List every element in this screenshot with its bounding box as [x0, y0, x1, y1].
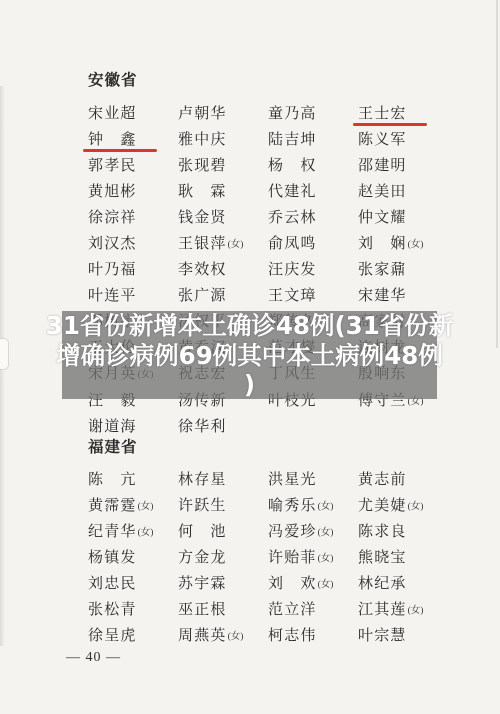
- person-cell: 陈义军: [358, 128, 407, 149]
- person-name: 宋业超: [88, 106, 137, 122]
- person-cell: 王士宏: [358, 102, 407, 123]
- person-name: 叶宗慧: [358, 628, 407, 644]
- person-name: 陈义军: [358, 132, 407, 148]
- female-marker: (女): [408, 240, 424, 250]
- person-cell: 刘汉杰: [88, 232, 178, 253]
- person-cell: 宋业超: [88, 102, 178, 123]
- table-row: 叶连平张广源王文璋宋建华: [88, 282, 460, 308]
- person-cell: 杨 权: [268, 154, 358, 175]
- person-name: 刘 娴: [358, 236, 407, 252]
- person-name: 童乃高: [268, 106, 317, 122]
- person-cell: 许贻菲(女): [268, 546, 358, 567]
- person-cell: 徐华利: [178, 415, 227, 436]
- person-cell: 俞凤鸣: [268, 232, 358, 253]
- person-name: 叶连平: [88, 288, 137, 304]
- person-cell: 仲文耀: [358, 206, 407, 227]
- news-headline-overlay: 31省份新增本土确诊48例(31省份新 增确诊病例69例其中本土病例48例 ): [62, 311, 437, 399]
- person-name: 林纪承: [358, 576, 407, 592]
- female-marker: (女): [318, 554, 334, 564]
- table-row: 黄旭彬耿 霖代建礼赵美田: [88, 177, 460, 203]
- person-name: 陈 亢: [88, 472, 137, 488]
- person-name: 徐呈虎: [88, 628, 137, 644]
- person-cell: 赵美田: [358, 180, 407, 201]
- table-row: 谢道海徐华利: [88, 412, 460, 438]
- person-cell: 王文璋: [268, 284, 358, 305]
- person-cell: 洪星光: [268, 468, 358, 489]
- person-name: 刘汉杰: [88, 236, 137, 252]
- person-name: 汪庆发: [268, 262, 317, 278]
- person-cell: 谢道海: [88, 415, 178, 436]
- table-row: 张松青巫正根范立洋江其莲(女): [88, 595, 460, 621]
- person-cell: 邵建明: [358, 154, 407, 175]
- person-name: 杨 权: [268, 158, 317, 174]
- person-name: 江其莲: [358, 602, 407, 618]
- province-section-fujian: 福建省 陈 亢林存星洪星光黄志前黄霈霆(女)许跃生喻秀乐(女)尤美婕(女)纪青华…: [88, 437, 460, 648]
- page-edge-notch: [0, 338, 9, 370]
- person-name: 张松青: [88, 602, 137, 618]
- document-page: 安徽省 宋业超卢朝华童乃高王士宏钟 鑫雅中庆陆吉坤陈义军郭孝民张现碧杨 权邵建明…: [0, 0, 500, 714]
- headline-line-2: 增确诊病例69例其中本土病例48例: [56, 341, 443, 371]
- person-cell: 熊晓宝: [358, 546, 407, 567]
- person-name: 仲文耀: [358, 210, 407, 226]
- table-row: 纪青华(女)何 池冯爱珍(女)陈求良: [88, 517, 460, 543]
- person-name: 徐华利: [178, 419, 227, 435]
- person-name: 陈求良: [358, 524, 407, 540]
- headline-line-3: ): [244, 370, 255, 400]
- person-name: 郭孝民: [88, 158, 137, 174]
- person-cell: 耿 霖: [178, 180, 268, 201]
- person-cell: 代建礼: [268, 180, 358, 201]
- page-number: — 40 —: [66, 650, 121, 666]
- person-name: 苏宇霖: [178, 576, 227, 592]
- person-cell: 钱金贤: [178, 206, 268, 227]
- person-name: 范立洋: [268, 602, 317, 618]
- person-cell: 郭孝民: [88, 154, 178, 175]
- person-name: 林存星: [178, 472, 227, 488]
- person-cell: 江其莲(女): [358, 598, 423, 619]
- person-cell: 黄志前: [358, 468, 407, 489]
- person-name: 钱金贤: [178, 210, 227, 226]
- person-name: 巫正根: [178, 602, 227, 618]
- person-cell: 纪青华(女): [88, 520, 178, 541]
- person-name: 冯爱珍: [268, 524, 317, 540]
- person-cell: 叶宗慧: [358, 624, 407, 645]
- person-cell: 叶乃福: [88, 258, 178, 279]
- person-name: 谢道海: [88, 419, 137, 435]
- person-name: 王文璋: [268, 288, 317, 304]
- person-name: 黄志前: [358, 472, 407, 488]
- person-cell: 黄旭彬: [88, 180, 178, 201]
- person-cell: 许跃生: [178, 494, 268, 515]
- female-marker: (女): [228, 632, 244, 642]
- person-cell: 陈 亢: [88, 468, 178, 489]
- person-cell: 冯爱珍(女): [268, 520, 358, 541]
- table-row: 钟 鑫雅中庆陆吉坤陈义军: [88, 125, 460, 151]
- table-row: 黄霈霆(女)许跃生喻秀乐(女)尤美婕(女): [88, 491, 460, 517]
- person-cell: 张广源: [178, 284, 268, 305]
- female-marker: (女): [318, 502, 334, 512]
- person-cell: 尤美婕(女): [358, 494, 423, 515]
- female-marker: (女): [318, 528, 334, 538]
- page-edge-line: [496, 0, 498, 348]
- person-name: 张家鼐: [358, 262, 407, 278]
- person-cell: 雅中庆: [178, 128, 268, 149]
- person-cell: 钟 鑫: [88, 128, 178, 149]
- person-name: 洪星光: [268, 472, 317, 488]
- person-cell: 张现碧: [178, 154, 268, 175]
- female-marker: (女): [408, 502, 424, 512]
- person-cell: 陆吉坤: [268, 128, 358, 149]
- person-cell: 刘 娴(女): [358, 232, 423, 253]
- table-row: 宋业超卢朝华童乃高王士宏: [88, 99, 460, 125]
- person-cell: 林存星: [178, 468, 268, 489]
- province-header: 安徽省: [88, 70, 460, 99]
- person-name: 刘忠民: [88, 576, 137, 592]
- person-name: 耿 霖: [178, 184, 227, 200]
- person-cell: 张松青: [88, 598, 178, 619]
- person-name: 黄旭彬: [88, 184, 137, 200]
- person-name: 钟 鑫: [88, 132, 137, 148]
- person-cell: 黄霈霆(女): [88, 494, 178, 515]
- person-name: 许贻菲: [268, 550, 317, 566]
- person-name: 方金龙: [178, 550, 227, 566]
- person-cell: 乔云林: [268, 206, 358, 227]
- person-name: 乔云林: [268, 210, 317, 226]
- person-cell: 张家鼐: [358, 258, 407, 279]
- person-name: 刘 欢: [268, 576, 317, 592]
- person-cell: 苏宇霖: [178, 572, 268, 593]
- person-cell: 宋建华: [358, 284, 407, 305]
- person-name: 王银萍: [178, 236, 227, 252]
- person-cell: 杨镇发: [88, 546, 178, 567]
- person-name: 陆吉坤: [268, 132, 317, 148]
- person-cell: 方金龙: [178, 546, 268, 567]
- person-name: 宋建华: [358, 288, 407, 304]
- female-marker: (女): [408, 606, 424, 616]
- person-cell: 范立洋: [268, 598, 358, 619]
- person-cell: 徐呈虎: [88, 624, 178, 645]
- person-name: 代建礼: [268, 184, 317, 200]
- person-name: 卢朝华: [178, 106, 227, 122]
- person-name: 赵美田: [358, 184, 407, 200]
- female-marker: (女): [138, 502, 154, 512]
- person-name: 杨镇发: [88, 550, 137, 566]
- table-row: 刘忠民苏宇霖刘 欢(女)林纪承: [88, 569, 460, 595]
- table-row: 刘汉杰王银萍(女)俞凤鸣刘 娴(女): [88, 229, 460, 255]
- person-name: 叶乃福: [88, 262, 137, 278]
- person-name: 何 池: [178, 524, 227, 540]
- person-name: 张广源: [178, 288, 227, 304]
- person-cell: 柯志伟: [268, 624, 358, 645]
- person-name: 李效权: [178, 262, 227, 278]
- table-row: 徐淙祥钱金贤乔云林仲文耀: [88, 203, 460, 229]
- person-cell: 林纪承: [358, 572, 407, 593]
- person-cell: 叶连平: [88, 284, 178, 305]
- person-cell: 何 池: [178, 520, 268, 541]
- person-name: 熊晓宝: [358, 550, 407, 566]
- person-cell: 王银萍(女): [178, 232, 268, 253]
- person-cell: 刘忠民: [88, 572, 178, 593]
- female-marker: (女): [228, 240, 244, 250]
- person-cell: 童乃高: [268, 102, 358, 123]
- person-name: 尤美婕: [358, 498, 407, 514]
- person-cell: 徐淙祥: [88, 206, 178, 227]
- person-cell: 刘 欢(女): [268, 572, 358, 593]
- person-name: 张现碧: [178, 158, 227, 174]
- person-cell: 周燕英(女): [178, 624, 268, 645]
- table-row: 杨镇发方金龙许贻菲(女)熊晓宝: [88, 543, 460, 569]
- province-header: 福建省: [88, 437, 460, 465]
- female-marker: (女): [318, 580, 334, 590]
- person-cell: 汪庆发: [268, 258, 358, 279]
- person-name: 柯志伟: [268, 628, 317, 644]
- name-table: 陈 亢林存星洪星光黄志前黄霈霆(女)许跃生喻秀乐(女)尤美婕(女)纪青华(女)何…: [88, 465, 460, 648]
- person-name: 雅中庆: [178, 132, 227, 148]
- table-row: 郭孝民张现碧杨 权邵建明: [88, 151, 460, 177]
- person-cell: 喻秀乐(女): [268, 494, 358, 515]
- person-name: 王士宏: [358, 106, 407, 122]
- person-cell: 巫正根: [178, 598, 268, 619]
- person-name: 许跃生: [178, 498, 227, 514]
- person-cell: 李效权: [178, 258, 268, 279]
- person-cell: 卢朝华: [178, 102, 268, 123]
- female-marker: (女): [138, 528, 154, 538]
- person-name: 邵建明: [358, 158, 407, 174]
- person-name: 纪青华: [88, 524, 137, 540]
- table-row: 徐呈虎周燕英(女)柯志伟叶宗慧: [88, 622, 460, 648]
- person-name: 徐淙祥: [88, 210, 137, 226]
- table-row: 叶乃福李效权汪庆发张家鼐: [88, 256, 460, 282]
- person-name: 俞凤鸣: [268, 236, 317, 252]
- person-name: 周燕英: [178, 628, 227, 644]
- person-cell: 陈求良: [358, 520, 407, 541]
- person-name: 喻秀乐: [268, 498, 317, 514]
- table-row: 陈 亢林存星洪星光黄志前: [88, 465, 460, 491]
- headline-line-1: 31省份新增本土确诊48例(31省份新: [46, 311, 453, 341]
- person-name: 黄霈霆: [88, 498, 137, 514]
